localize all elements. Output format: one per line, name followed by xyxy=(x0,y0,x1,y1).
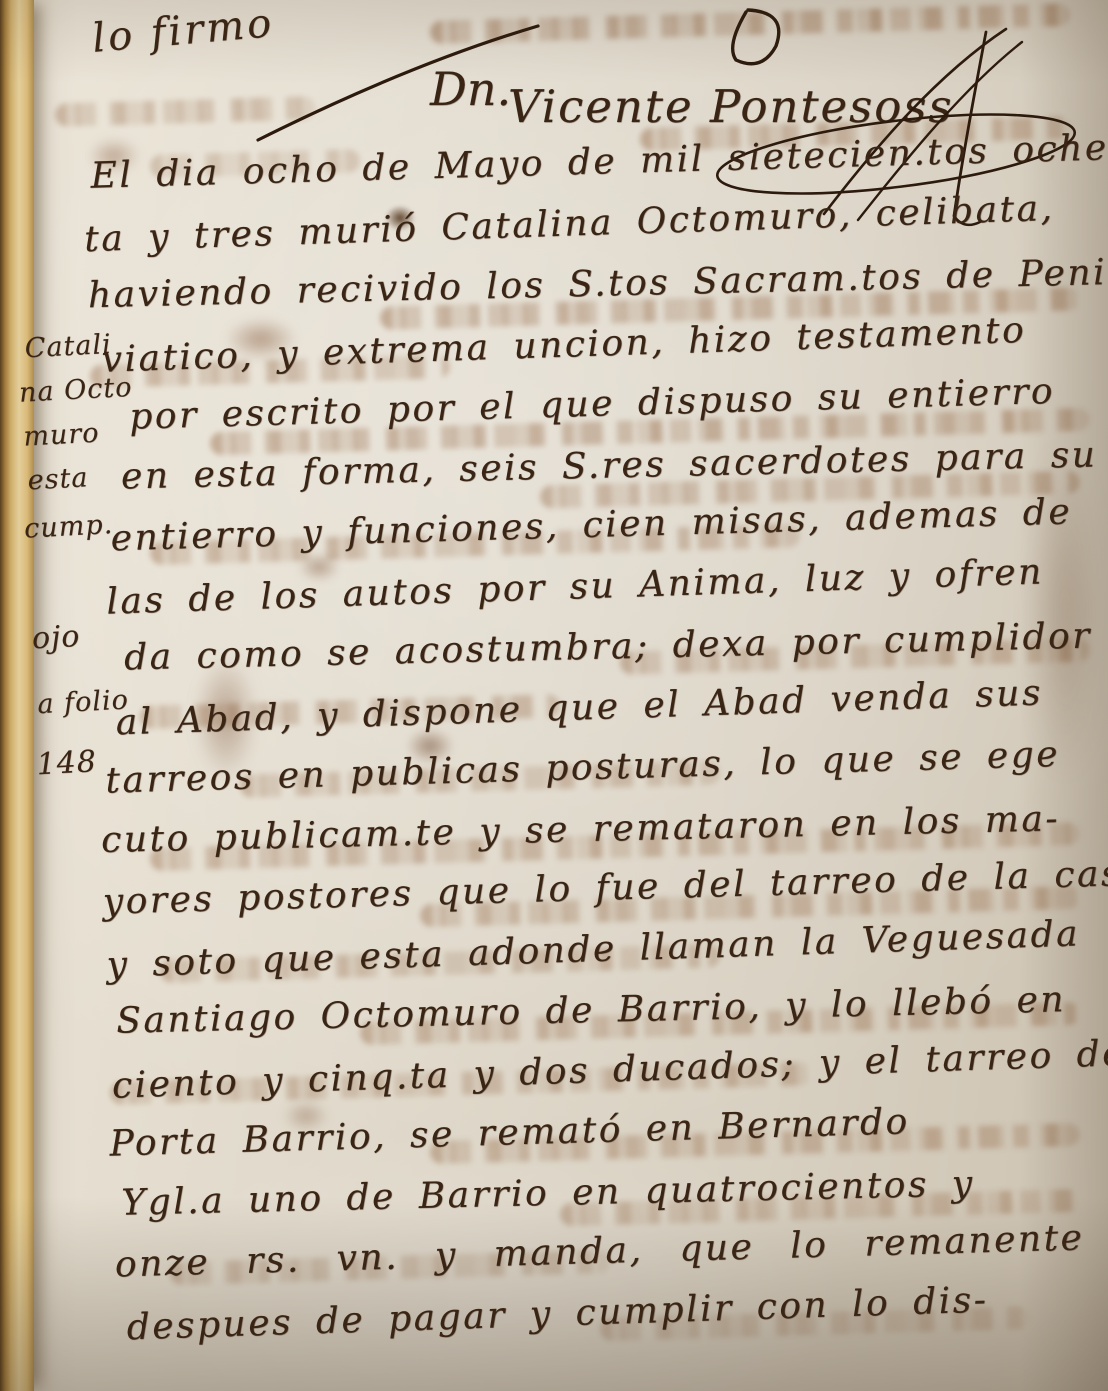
margin-note: 148 xyxy=(36,744,98,782)
body-text: El dia ocho de Mayo de mil sietecien.tos… xyxy=(82,128,1108,1366)
margin-note: ojo xyxy=(31,619,81,656)
manuscript-page: lo firmo Dn. Vicente Pontesoss Catalina … xyxy=(0,0,1108,1391)
margin-note: esta xyxy=(27,462,89,496)
signature-honorific: Dn. xyxy=(430,62,511,116)
